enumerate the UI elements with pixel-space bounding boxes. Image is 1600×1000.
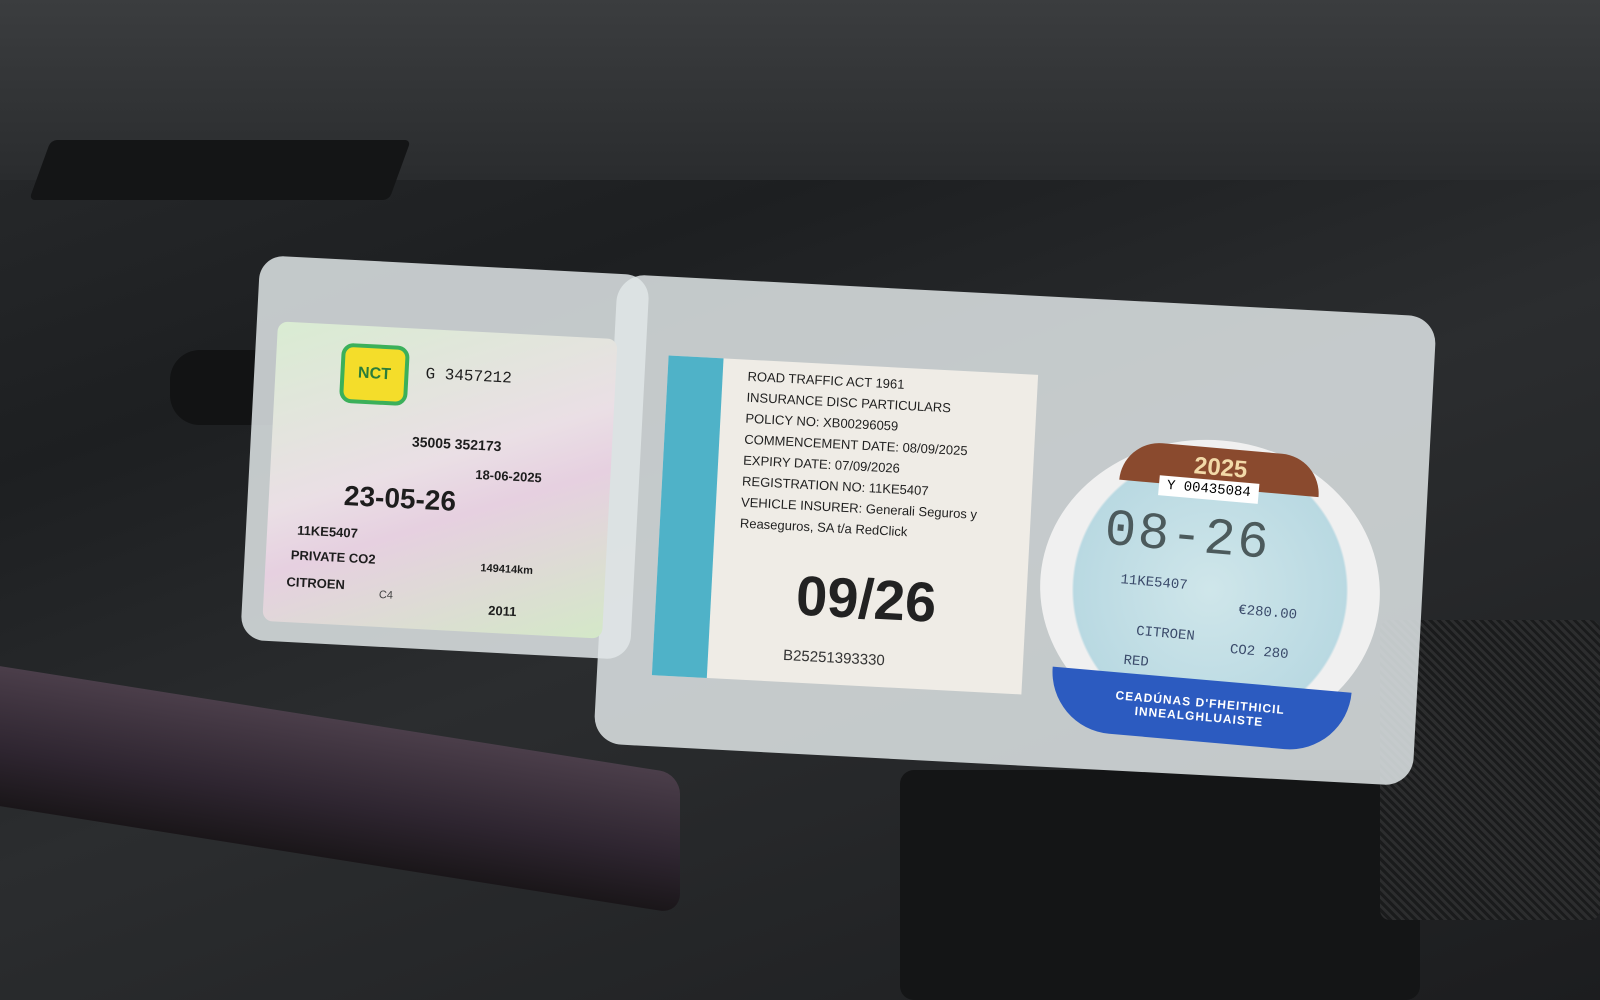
insurance-code: B25251393330 (783, 647, 886, 669)
nct-logo-icon: NCT (339, 343, 410, 406)
nct-certificate-no: 35005 352173 (412, 433, 502, 454)
air-vent (29, 140, 411, 200)
nct-make: CITROEN (286, 574, 345, 592)
nct-model: C4 (379, 589, 394, 602)
tax-fee: €280.00 (1238, 603, 1298, 624)
tax-co2: CO2 280 (1229, 642, 1289, 663)
nct-year: 2011 (488, 603, 517, 619)
nct-odometer: 149414km (480, 562, 533, 577)
nct-expiry: 23-05-26 (343, 480, 457, 518)
wiper-arm (0, 666, 680, 914)
nct-test-date: 18-06-2025 (475, 467, 542, 485)
nct-disc: NCT G 3457212 35005 352173 18-06-2025 23… (262, 321, 617, 638)
dashboard-pad (900, 770, 1420, 1000)
insurance-expiry-big: 09/26 (795, 563, 938, 635)
nct-registration: 11KE5407 (297, 523, 358, 541)
tax-expiry: 08-26 (1102, 501, 1273, 574)
insurance-particulars: ROAD TRAFFIC ACT 1961 INSURANCE DISC PAR… (739, 366, 984, 546)
tax-registration: 11KE5407 (1120, 572, 1188, 594)
insurance-disc: ROAD TRAFFIC ACT 1961 INSURANCE DISC PAR… (652, 356, 1038, 695)
nct-serial: G 3457212 (425, 365, 512, 387)
nct-category: PRIVATE CO2 (290, 547, 375, 566)
tax-colour: RED (1123, 653, 1150, 671)
tax-make: CITROEN (1135, 624, 1195, 645)
